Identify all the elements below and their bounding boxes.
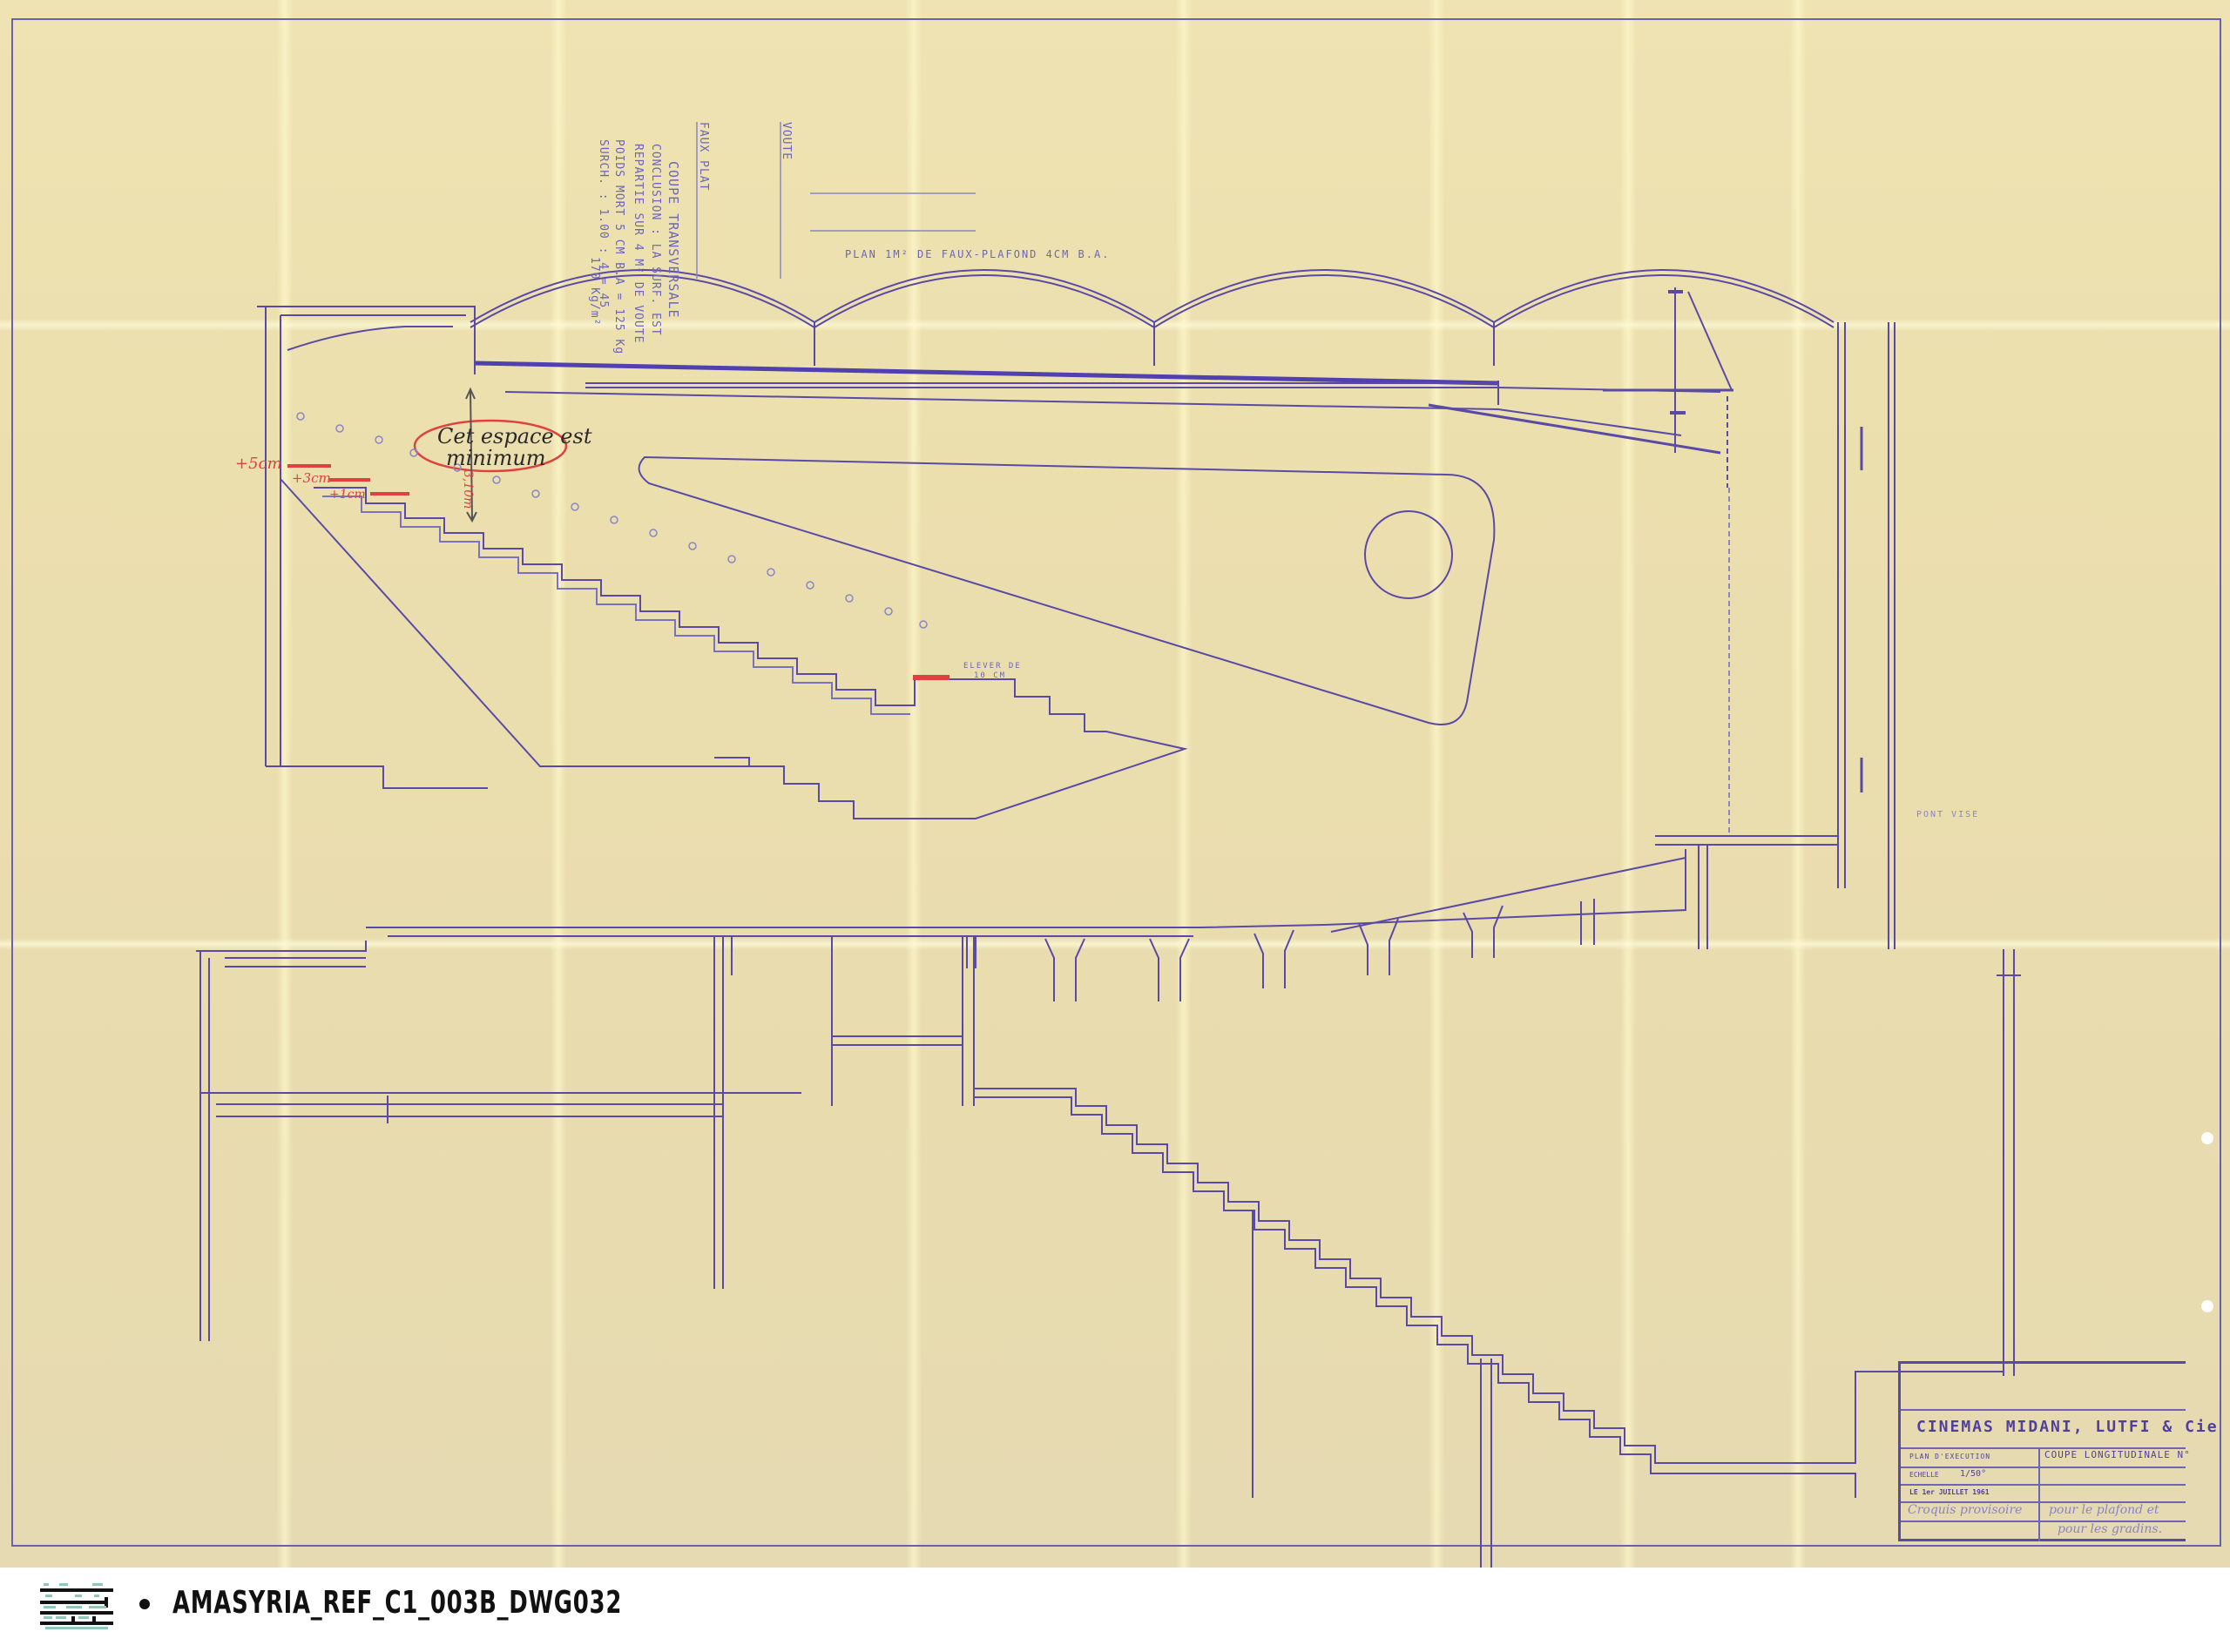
scale-value: 1/50° [1960, 1469, 1986, 1479]
note-line-1: Cet espace est [437, 424, 591, 448]
scale-label: ECHELLE [1909, 1471, 1939, 1479]
red-annotation-plus1: +1cm [329, 488, 366, 502]
note-poids-mort: POIDS MORT 5 CM B.A = 125 Kg [612, 139, 625, 354]
handwritten-note-right-1: pour le plafond et [2049, 1503, 2159, 1517]
note-faux-plat: FAUX PLAT [697, 122, 710, 191]
plan-label: PLAN 1M² DE FAUX-PLAFOND 4CM B.A. [845, 248, 1110, 260]
title-row-notes: Croquis provisoire pour le plafond et [1901, 1501, 2186, 1522]
elever-label: ELEVER DE [963, 662, 1022, 671]
title-block-divider [2038, 1447, 2040, 1541]
drawing-sheet: VOUTE FAUX PLAT COUPE TRANSVERSALE CONCL… [0, 0, 2230, 1568]
punch-hole [2201, 1300, 2213, 1312]
company-name: CINEMAS MIDANI, LUTFI & Cie [1916, 1418, 2219, 1436]
pont-vise-label: PONT VISE [1916, 810, 1979, 819]
title-row-empty [1901, 1364, 2186, 1411]
title-row-company: CINEMAS MIDANI, LUTFI & Cie [1901, 1409, 2186, 1449]
red-annotation-plus5: +5cm [235, 455, 282, 473]
title-row-scale: ECHELLE 1/50° [1901, 1467, 2186, 1486]
note-line-2: minimum [446, 446, 546, 470]
plan-type: PLAN D'EXECUTION [1909, 1453, 1990, 1460]
note-conclusion: CONCLUSION : LA SURF. EST [649, 144, 662, 336]
drawing-title: COUPE LONGITUDINALE N° [2044, 1449, 2191, 1460]
section-drawing [0, 0, 2230, 1568]
date: LE 1er JUILLET 1961 [1909, 1488, 1990, 1496]
note-voute: VOUTE [780, 122, 793, 160]
elever-value: 10 CM [974, 671, 1006, 680]
archive-logo-icon [40, 1581, 113, 1630]
title-row-plan: PLAN D'EXECUTION COUPE LONGITUDINALE N° [1901, 1447, 2186, 1468]
note-repartie: REPARTIE SUR 4 M² DE VOUTE [632, 144, 645, 344]
note-coupe-transversale: COUPE TRANSVERSALE [666, 161, 681, 319]
title-row-date: LE 1er JUILLET 1961 [1901, 1484, 2186, 1503]
reference-id: AMASYRIA_REF_C1_003B_DWG032 [172, 1585, 622, 1621]
handwritten-note-right-2: pour les gradins. [2058, 1522, 2162, 1536]
bullet-icon [139, 1599, 150, 1609]
red-annotation-plus3: +3cm [292, 470, 331, 486]
title-block: CINEMAS MIDANI, LUTFI & Cie PLAN D'EXECU… [1898, 1361, 2186, 1541]
footer-bar: AMASYRIA_REF_C1_003B_DWG032 [0, 1568, 2230, 1652]
red-height-label: 3,10m [461, 470, 475, 509]
handwritten-note-left: Croquis provisoire [1908, 1503, 2022, 1517]
punch-hole [2201, 1132, 2213, 1144]
note-total: 170 Kg/m² [588, 257, 601, 326]
